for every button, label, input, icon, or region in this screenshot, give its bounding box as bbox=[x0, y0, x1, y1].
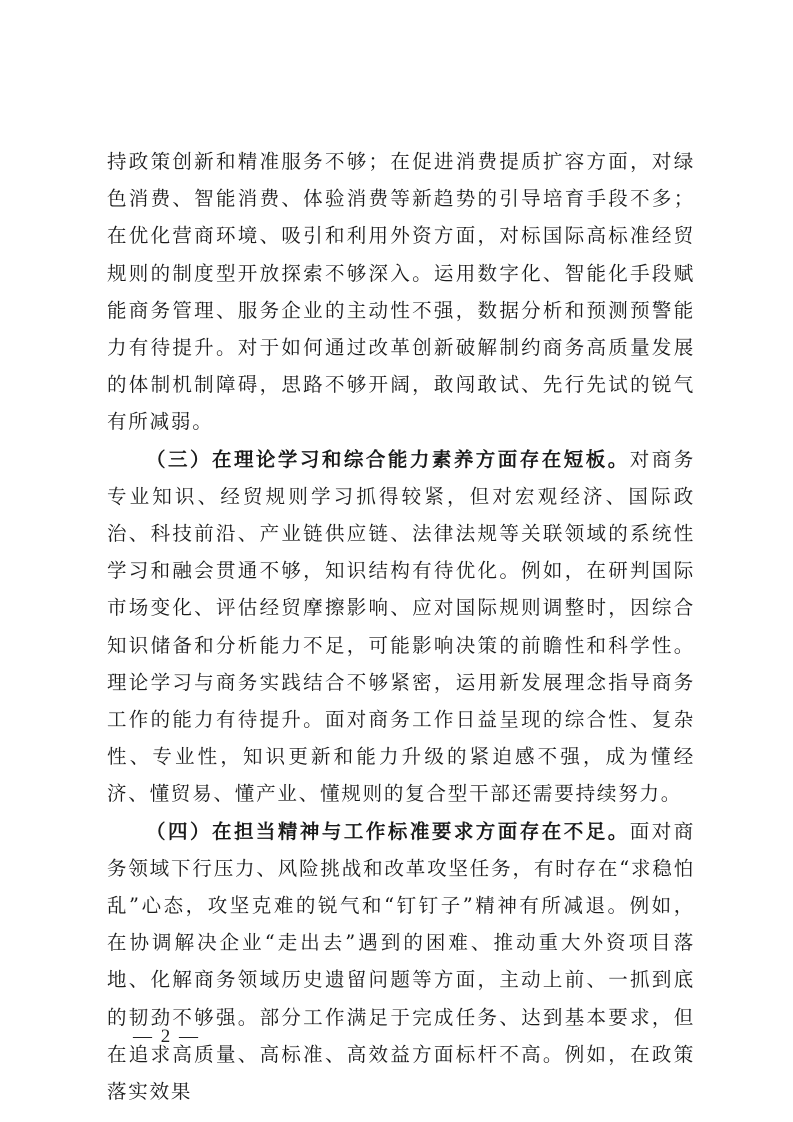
paragraph-text: 对商务专业知识、经贸规则学习抓得较紧，但对宏观经济、国际政治、科技前沿、产业链供… bbox=[107, 448, 695, 806]
document-page: 持政策创新和精准服务不够；在促进消费提质扩容方面，对绿色消费、智能消费、体验消费… bbox=[0, 0, 793, 1122]
paragraph-continuation: 持政策创新和精准服务不够；在促进消费提质扩容方面，对绿色消费、智能消费、体验消费… bbox=[107, 143, 695, 441]
paragraph-section-4: （四）在担当精神与工作标准要求方面存在不足。面对商务领域下行压力、风险挑战和改革… bbox=[107, 813, 695, 1111]
section-heading: （四）在担当精神与工作标准要求方面存在不足。 bbox=[146, 820, 630, 843]
section-heading: （三）在理论学习和综合能力素养方面存在短板。 bbox=[146, 448, 630, 471]
document-body: 持政策创新和精准服务不够；在促进消费提质扩容方面，对绿色消费、智能消费、体验消费… bbox=[107, 143, 695, 1110]
paragraph-text: 持政策创新和精准服务不够；在促进消费提质扩容方面，对绿色消费、智能消费、体验消费… bbox=[107, 150, 695, 433]
page-number: — 2 — bbox=[133, 1026, 200, 1048]
paragraph-section-3: （三）在理论学习和综合能力素养方面存在短板。对商务专业知识、经贸规则学习抓得较紧… bbox=[107, 441, 695, 813]
paragraph-text: 面对商务领域下行压力、风险挑战和改革攻坚任务，有时存在“求稳怕乱”心态，攻坚克难… bbox=[107, 820, 695, 1103]
